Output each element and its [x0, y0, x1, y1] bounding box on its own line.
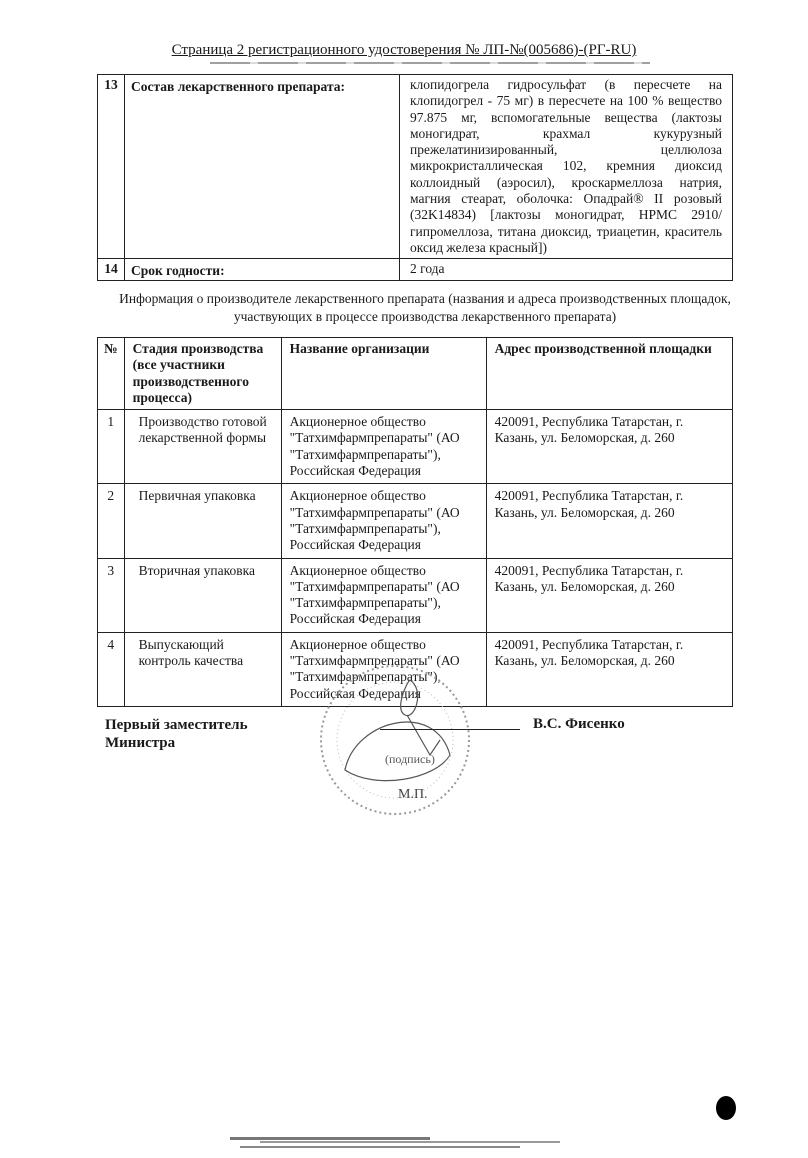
row-number: 1	[98, 410, 125, 484]
manufacturer-section-title: Информация о производителе лекарственног…	[100, 290, 750, 326]
site-address: 420091, Республика Татарстан, г. Казань,…	[486, 558, 732, 632]
manufacturer-table: № Стадия производства (все участники про…	[97, 337, 733, 707]
position-line-2: Министра	[105, 734, 248, 752]
footer-scan-rule	[240, 1146, 520, 1148]
seal-mark: М.П.	[398, 787, 428, 803]
row-number: 14	[98, 259, 125, 280]
table-row: 2 Первичная упаковка Акционерное обществ…	[98, 484, 733, 558]
table-row: 1 Производство готовой лекарственной фор…	[98, 410, 733, 484]
production-stage: Вторичная упаковка	[124, 558, 281, 632]
organization-name: Акционерное общество "Татхимфармпрепарат…	[281, 410, 486, 484]
column-header-number: №	[98, 338, 125, 410]
signature-caption: (подпись)	[385, 752, 435, 767]
site-address: 420091, Республика Татарстан, г. Казань,…	[486, 632, 732, 706]
row-label: Срок годности:	[125, 259, 400, 280]
site-address: 420091, Республика Татарстан, г. Казань,…	[486, 410, 732, 484]
shelf-life-value: 2 года	[400, 259, 733, 280]
page-header: Страница 2 регистрационного удостоверени…	[0, 42, 808, 59]
organization-name: Акционерное общество "Татхимфармпрепарат…	[281, 558, 486, 632]
table-row: 13 Состав лекарственного препарата: клоп…	[98, 75, 733, 259]
row-label: Состав лекарственного препарата:	[125, 75, 400, 259]
composition-table: 13 Состав лекарственного препарата: клоп…	[97, 74, 733, 281]
column-header-organization: Название организации	[281, 338, 486, 410]
footer-scan-rule	[230, 1137, 430, 1140]
scan-dot-mark	[716, 1096, 736, 1120]
production-stage: Первичная упаковка	[124, 484, 281, 558]
header-scan-rule	[210, 62, 650, 64]
column-header-stage: Стадия производства (все участники произ…	[124, 338, 281, 410]
production-stage: Производство готовой лекарственной формы	[124, 410, 281, 484]
signatory-name: В.С. Фисенко	[533, 716, 625, 733]
signatory-position: Первый заместитель Министра	[105, 716, 248, 752]
row-number: 4	[98, 632, 125, 706]
organization-name: Акционерное общество "Татхимфармпрепарат…	[281, 484, 486, 558]
row-number: 2	[98, 484, 125, 558]
official-stamp-icon	[315, 660, 475, 820]
site-address: 420091, Республика Татарстан, г. Казань,…	[486, 484, 732, 558]
production-stage: Выпускающий контроль качества	[124, 632, 281, 706]
document-page-title: Страница 2 регистрационного удостоверени…	[172, 42, 637, 58]
position-line-1: Первый заместитель	[105, 716, 248, 734]
footer-scan-rule	[260, 1141, 560, 1143]
table-row: 3 Вторичная упаковка Акционерное обществ…	[98, 558, 733, 632]
row-number: 13	[98, 75, 125, 259]
table-row: 14 Срок годности: 2 года	[98, 259, 733, 280]
table-header-row: № Стадия производства (все участники про…	[98, 338, 733, 410]
column-header-address: Адрес производственной площадки	[486, 338, 732, 410]
composition-value: клопидогрела гидросульфат (в пересчете н…	[400, 75, 733, 259]
signature-line	[380, 729, 520, 730]
row-number: 3	[98, 558, 125, 632]
